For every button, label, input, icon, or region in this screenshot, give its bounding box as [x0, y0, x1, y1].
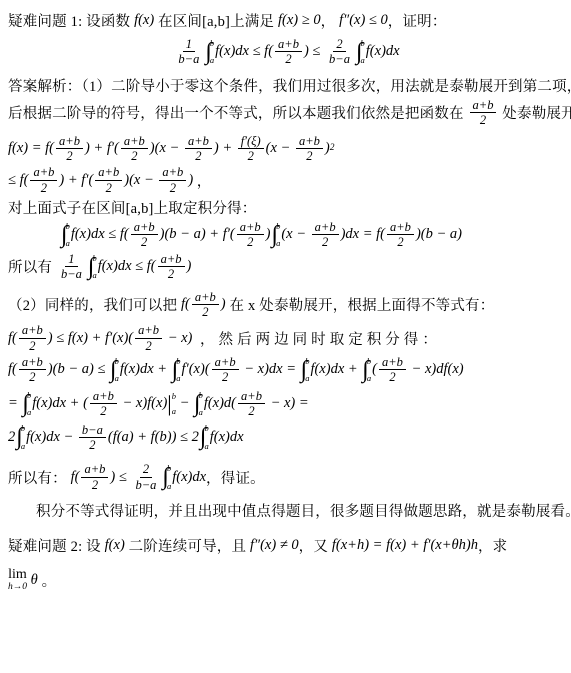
fraction: 2b−a [326, 37, 353, 67]
math-run: )(b − a) ≤ [48, 361, 109, 378]
math-run: f( [71, 469, 80, 486]
limit-operator: limh→0 [8, 568, 27, 593]
fraction: a+b2 [19, 323, 46, 353]
fraction: a+b2 [379, 355, 406, 385]
integral-upper-limit: b [115, 357, 119, 366]
integral-symbol: ∫ba [172, 357, 181, 383]
math-run: f(x+h) = f(x) + f′(x+θh)h [332, 537, 478, 554]
integral-limits: ba [21, 424, 25, 450]
part2-integral-1: f(a+b2)(b − a) ≤ ∫baf(x)dx + ∫baf′(x)(a+… [8, 355, 565, 385]
integral-symbol: ∫ba [110, 357, 119, 383]
fraction-denominator: 2 [282, 52, 294, 66]
integral-lower-limit: a [276, 239, 280, 248]
math-run: ) + f′( [59, 172, 93, 189]
fraction-numerator: a+b [212, 355, 239, 370]
fraction-numerator: a+b [30, 165, 57, 180]
fraction-denominator: b−a [175, 52, 202, 66]
fraction-denominator: 2 [26, 339, 38, 353]
math-run: f(x)d( [204, 395, 236, 412]
integral-upper-limit: b [167, 464, 171, 473]
fraction-denominator: 2 [303, 149, 315, 163]
text-run: ，又 [299, 535, 332, 556]
integral-lower-limit: a [92, 271, 96, 280]
text-run: 疑难问题 1: 设函数 [8, 10, 134, 31]
fraction: a+b2 [212, 355, 239, 385]
integral-upper-limit: b [21, 424, 25, 433]
fraction-denominator: 2 [386, 370, 398, 384]
math-run: f″(x) ≤ 0 [339, 12, 388, 29]
fraction-numerator: a+b [95, 165, 122, 180]
integral-limits: ba [27, 391, 31, 417]
fraction-numerator: a+b [135, 323, 162, 338]
fraction-denominator: b−a [132, 478, 159, 492]
integral-limits: ba [66, 222, 70, 248]
integral-limits: ba [92, 254, 96, 280]
math-run: f(x)dx + [120, 361, 171, 378]
fraction-numerator: a+b [131, 220, 158, 235]
integral-symbol: ∫ba [356, 39, 365, 65]
fraction-numerator: a+b [312, 220, 339, 235]
math-run: 2 [8, 429, 15, 446]
fraction-denominator: 2 [128, 149, 140, 163]
integral-symbol: ∫ba [22, 391, 31, 417]
fraction-numerator: a+b [90, 389, 117, 404]
integral-lower-limit: a [305, 374, 309, 383]
fraction-numerator: a+b [81, 462, 108, 477]
integral-symbol: ∫ba [362, 357, 371, 383]
integral-lower-limit: a [204, 442, 208, 451]
fraction-numerator: 1 [183, 37, 195, 52]
integral-symbol: ∫ba [272, 222, 281, 248]
math-run: − x)f(x) [119, 395, 167, 412]
text-run: 积分不等式得证明，并且出现中值点得题目，很多题目得做题思路，就是泰勒展看。 [36, 500, 571, 521]
fraction-numerator: 2 [333, 37, 345, 52]
fraction-numerator: a+b [185, 134, 212, 149]
fraction: a+b2 [19, 355, 46, 385]
fraction-numerator: b−a [79, 423, 106, 438]
text-run: 答案解析：（1）二阶导小于零这个条件，我们用过很多次，用法就是泰勒展开到第二项，… [8, 75, 571, 96]
fraction-numerator: a+b [296, 134, 323, 149]
fraction-numerator: a+b [159, 165, 186, 180]
fraction-denominator: 2 [26, 370, 38, 384]
integral-limits: ba [204, 424, 208, 450]
integral-limits: ba [199, 391, 203, 417]
integral-limits: ba [210, 39, 214, 65]
part2-integral-2: = ∫baf(x)dx + (a+b2 − x)f(x)|ba − ∫baf(x… [8, 389, 565, 419]
fraction-numerator: 2 [140, 462, 152, 477]
integral-limits: ba [276, 222, 280, 248]
text-run: 在区间[a,b]上满足 [154, 10, 278, 31]
integral-upper-limit: b [176, 357, 180, 366]
integral-symbol: ∫ba [88, 254, 97, 280]
fraction-numerator: a+b [19, 323, 46, 338]
math-run: ) ≤ [304, 43, 324, 60]
fraction-denominator: 2 [245, 149, 257, 163]
text-run: ，求 [478, 535, 507, 556]
integral-lower-limit: a [66, 239, 70, 248]
math-run: f( [8, 361, 17, 378]
math-run: f(x) [134, 12, 154, 29]
math-run: ) [188, 172, 196, 189]
fraction: a+b2 [185, 134, 212, 164]
math-run: f(x) [105, 537, 125, 554]
fraction-numerator: a+b [470, 98, 497, 113]
math-run: f(x) ≥ 0 [278, 12, 321, 29]
fraction-numerator: a+b [158, 252, 185, 267]
fraction-numerator: a+b [238, 389, 265, 404]
math-run: ) ≤ f(x) + f′(x)( [48, 330, 133, 347]
problem1-statement: 疑难问题 1: 设函数 f(x) 在区间[a,b]上满足 f(x) ≥ 0， f… [8, 10, 565, 31]
fraction-numerator: a+b [19, 355, 46, 370]
math-run: )(x − [150, 140, 183, 157]
math-run: f(x)dx ≤ f( [215, 43, 273, 60]
fraction-denominator: 2 [219, 370, 231, 384]
integral-lower-limit: a [176, 374, 180, 383]
fraction-denominator: 2 [167, 181, 179, 195]
integral-symbol: ∫ba [162, 464, 171, 490]
remark: 积分不等式得证明，并且出现中值点得题目，很多题目得做题思路，就是泰勒展看。 [8, 500, 565, 521]
fraction: a+b2 [312, 220, 339, 250]
math-run: f(x)dx + ( [32, 395, 88, 412]
fraction-denominator: 2 [319, 235, 331, 249]
fraction: b−a2 [79, 423, 106, 453]
text-run: 。 [38, 570, 57, 591]
fraction: 1b−a [58, 252, 85, 282]
fraction-denominator: 2 [244, 235, 256, 249]
integral-upper-limit: b [27, 391, 31, 400]
integral-symbol: ∫ba [16, 424, 25, 450]
fraction-numerator: f′(ξ) [238, 134, 264, 149]
math-run: f″(x) ≠ 0 [250, 537, 299, 554]
integral-symbol: ∫ba [200, 424, 209, 450]
limit-subscript: h→0 [8, 583, 27, 593]
fraction: a+b2 [237, 220, 264, 250]
text-run: 所以有 [8, 256, 56, 277]
math-run: ) + f′( [85, 140, 119, 157]
text-run: 二阶连续可导，且 [125, 535, 250, 556]
math-run: (x − [281, 226, 309, 243]
fraction: a+b2 [56, 134, 83, 164]
math-run: f( [181, 296, 190, 313]
answer-analysis-2: 后根据二阶导的符号，得出一个不等式，所以本题我们依然是把函数在 a+b2 处泰勒… [8, 98, 565, 128]
integral-symbol: ∫ba [194, 391, 203, 417]
fraction-numerator: a+b [387, 220, 414, 235]
integral-symbol: ∫ba [301, 357, 310, 383]
fraction-denominator: b−a [58, 267, 85, 281]
integral-symbol: ∫ba [61, 222, 70, 248]
fraction: a+b2 [121, 134, 148, 164]
math-run: − x) [164, 330, 192, 347]
integral-upper-limit: b [276, 222, 280, 231]
fraction-denominator: 2 [38, 181, 50, 195]
math-run: )dx = f( [341, 226, 385, 243]
fraction-denominator: 2 [86, 438, 98, 452]
fraction-denominator: 2 [165, 267, 177, 281]
fraction: a+b2 [470, 98, 497, 128]
integral-limits: ba [361, 39, 365, 65]
answer-analysis-1: 答案解析：（1）二阶导小于零这个条件，我们用过很多次，用法就是泰勒展开到第二项，… [8, 75, 565, 96]
math-run: f′(x)( [182, 361, 210, 378]
part2-taylor: f(a+b2) ≤ f(x) + f′(x)(a+b2 − x) ， 然 后 两… [8, 323, 565, 353]
text-run: ， [321, 10, 340, 31]
fraction: a+b2 [238, 389, 265, 419]
text-run: （2）同样的，我们可以把 [8, 294, 181, 315]
math-run: )(x − [124, 172, 157, 189]
text-run: ，得证。 [206, 467, 265, 488]
fraction-numerator: a+b [121, 134, 148, 149]
text-run: ， [197, 170, 212, 191]
part2-conclusion: 所以有： f(a+b2) ≤ 2b−a∫baf(x)dx，得证。 [8, 462, 565, 492]
integral-symbol: ∫ba [205, 39, 214, 65]
integral-upper-limit: b [199, 391, 203, 400]
integral-lower-limit: a [210, 56, 214, 65]
math-run: f(x)dx [210, 429, 244, 446]
math-run: (x − [266, 140, 294, 157]
integral-upper-limit: b [305, 357, 309, 366]
integral-lower-limit: a [199, 408, 203, 417]
integral-inequality: ∫baf(x)dx ≤ f(a+b2)(b − a) + f′(a+b2)∫ba… [8, 220, 565, 250]
text-run: 所以有： [8, 467, 71, 488]
text-run: ， 然 后 两 边 同 时 取 定 积 分 得 ： [192, 328, 437, 349]
integral-lower-limit: a [27, 408, 31, 417]
integral-lower-limit: a [367, 374, 371, 383]
fraction: a+b2 [275, 37, 302, 67]
fraction: 1b−a [175, 37, 202, 67]
fraction: a+b2 [30, 165, 57, 195]
fraction: a+b2 [158, 252, 185, 282]
math-run: f(x)dx − [26, 429, 77, 446]
math-run: ≤ f( [8, 172, 28, 189]
math-run: ) + [214, 140, 236, 157]
text-run: 后根据二阶导的符号，得出一个不等式，所以本题我们依然是把函数在 [8, 102, 468, 123]
math-run: f(x) = f( [8, 140, 54, 157]
integral-limits: ba [305, 357, 309, 383]
integral-upper-limit: b [367, 357, 371, 366]
math-run: f(x)dx ≤ f( [71, 226, 129, 243]
document-body: 疑难问题 1: 设函数 f(x) 在区间[a,b]上满足 f(x) ≥ 0， f… [0, 0, 571, 593]
integral-upper-limit: b [92, 254, 96, 263]
integral-lower-limit: a [361, 56, 365, 65]
integral-limits: ba [115, 357, 119, 383]
part2-integral-3: 2∫baf(x)dx − b−a2(f(a) + f(b)) ≤ 2∫baf(x… [8, 423, 565, 453]
fraction: f′(ξ)2 [238, 134, 264, 164]
math-run: − x) = [267, 395, 309, 412]
problem2-statement: 疑难问题 2: 设 f(x) 二阶连续可导，且 f″(x) ≠ 0，又 f(x+… [8, 535, 565, 556]
integrate-instruction: 对上面式子在区间[a,b]上取定积分得： [8, 197, 565, 218]
fraction-numerator: a+b [237, 220, 264, 235]
fraction-denominator: 2 [245, 404, 257, 418]
fraction-denominator: 2 [103, 181, 115, 195]
fraction: a+b2 [135, 323, 162, 353]
limit-expression: limh→0 θ 。 [8, 568, 565, 593]
fraction: a+b2 [81, 462, 108, 492]
math-run: − [176, 395, 193, 412]
integral-upper-limit: b [210, 39, 214, 48]
fraction-denominator: 2 [394, 235, 406, 249]
math-run: − x)dx = [241, 361, 300, 378]
fraction-denominator: 2 [89, 478, 101, 492]
integral-upper-limit: b [204, 424, 208, 433]
fraction-numerator: a+b [379, 355, 406, 370]
math-run: ) [266, 226, 271, 243]
math-run: (f(a) + f(b)) ≤ 2 [108, 429, 199, 446]
fraction: a+b2 [296, 134, 323, 164]
evaluation-bar: |ba [167, 392, 176, 416]
fraction: a+b2 [159, 165, 186, 195]
math-run: f(x)dx [366, 43, 400, 60]
math-run: = [8, 395, 21, 412]
integral-lower-limit: a [115, 374, 119, 383]
fraction: a+b2 [90, 389, 117, 419]
part2-intro: （2）同样的，我们可以把 f(a+b2) 在 x 处泰勒展开，根据上面得不等式有… [8, 290, 565, 320]
math-run: f(x)dx ≤ f( [98, 258, 156, 275]
taylor-inequality: ≤ f(a+b2) + f′(a+b2)(x − a+b2) ， [8, 165, 565, 195]
fraction-numerator: 1 [65, 252, 77, 267]
text-run: ，证明： [388, 10, 447, 31]
fraction: a+b2 [95, 165, 122, 195]
integral-limits: ba [367, 357, 371, 383]
math-run: )(b − a) [416, 226, 462, 243]
fraction-denominator: 2 [199, 305, 211, 319]
taylor-expansion: f(x) = f(a+b2) + f′(a+b2)(x − a+b2) + f′… [8, 134, 565, 164]
main-inequality: 1b−a∫baf(x)dx ≤ f(a+b2) ≤ 2b−a∫baf(x)dx [8, 37, 565, 67]
fraction-denominator: 2 [477, 113, 489, 127]
math-run: − x)df(x) [408, 361, 464, 378]
fraction: a+b2 [192, 290, 219, 320]
math-run: f(x)dx + [310, 361, 361, 378]
math-run: θ [27, 572, 38, 589]
text-run: 对上面式子在区间[a,b]上取定积分得： [8, 197, 256, 218]
math-run: f(x)dx [172, 469, 206, 486]
fraction-numerator: a+b [192, 290, 219, 305]
limit-label: lim [8, 568, 27, 583]
fraction-numerator: a+b [275, 37, 302, 52]
fraction: a+b2 [387, 220, 414, 250]
fraction-numerator: a+b [56, 134, 83, 149]
integral-upper-limit: b [66, 222, 70, 231]
integral-limits: ba [176, 357, 180, 383]
text-run: 疑难问题 2: 设 [8, 535, 105, 556]
integral-lower-limit: a [167, 482, 171, 491]
math-run: ) [187, 258, 192, 275]
text-run: 在 x 处泰勒展开，根据上面得不等式有： [226, 294, 495, 315]
fraction-denominator: 2 [97, 404, 109, 418]
left-inequality-conclusion: 所以有 1b−a∫baf(x)dx ≤ f(a+b2) [8, 252, 565, 282]
math-run: ) [325, 140, 330, 157]
fraction-denominator: 2 [63, 149, 75, 163]
math-run: ) ≤ [110, 469, 130, 486]
fraction: 2b−a [132, 462, 159, 492]
integral-limits: ba [167, 464, 171, 490]
integral-upper-limit: b [361, 39, 365, 48]
math-run: ( [372, 361, 377, 378]
fraction-denominator: b−a [326, 52, 353, 66]
fraction-denominator: 2 [138, 235, 150, 249]
math-run: )(b − a) + f′( [160, 226, 235, 243]
text-run: 处泰勒展开， [498, 102, 571, 123]
fraction-denominator: 2 [142, 339, 154, 353]
math-run: f( [8, 330, 17, 347]
fraction-denominator: 2 [192, 149, 204, 163]
integral-lower-limit: a [21, 442, 25, 451]
fraction: a+b2 [131, 220, 158, 250]
